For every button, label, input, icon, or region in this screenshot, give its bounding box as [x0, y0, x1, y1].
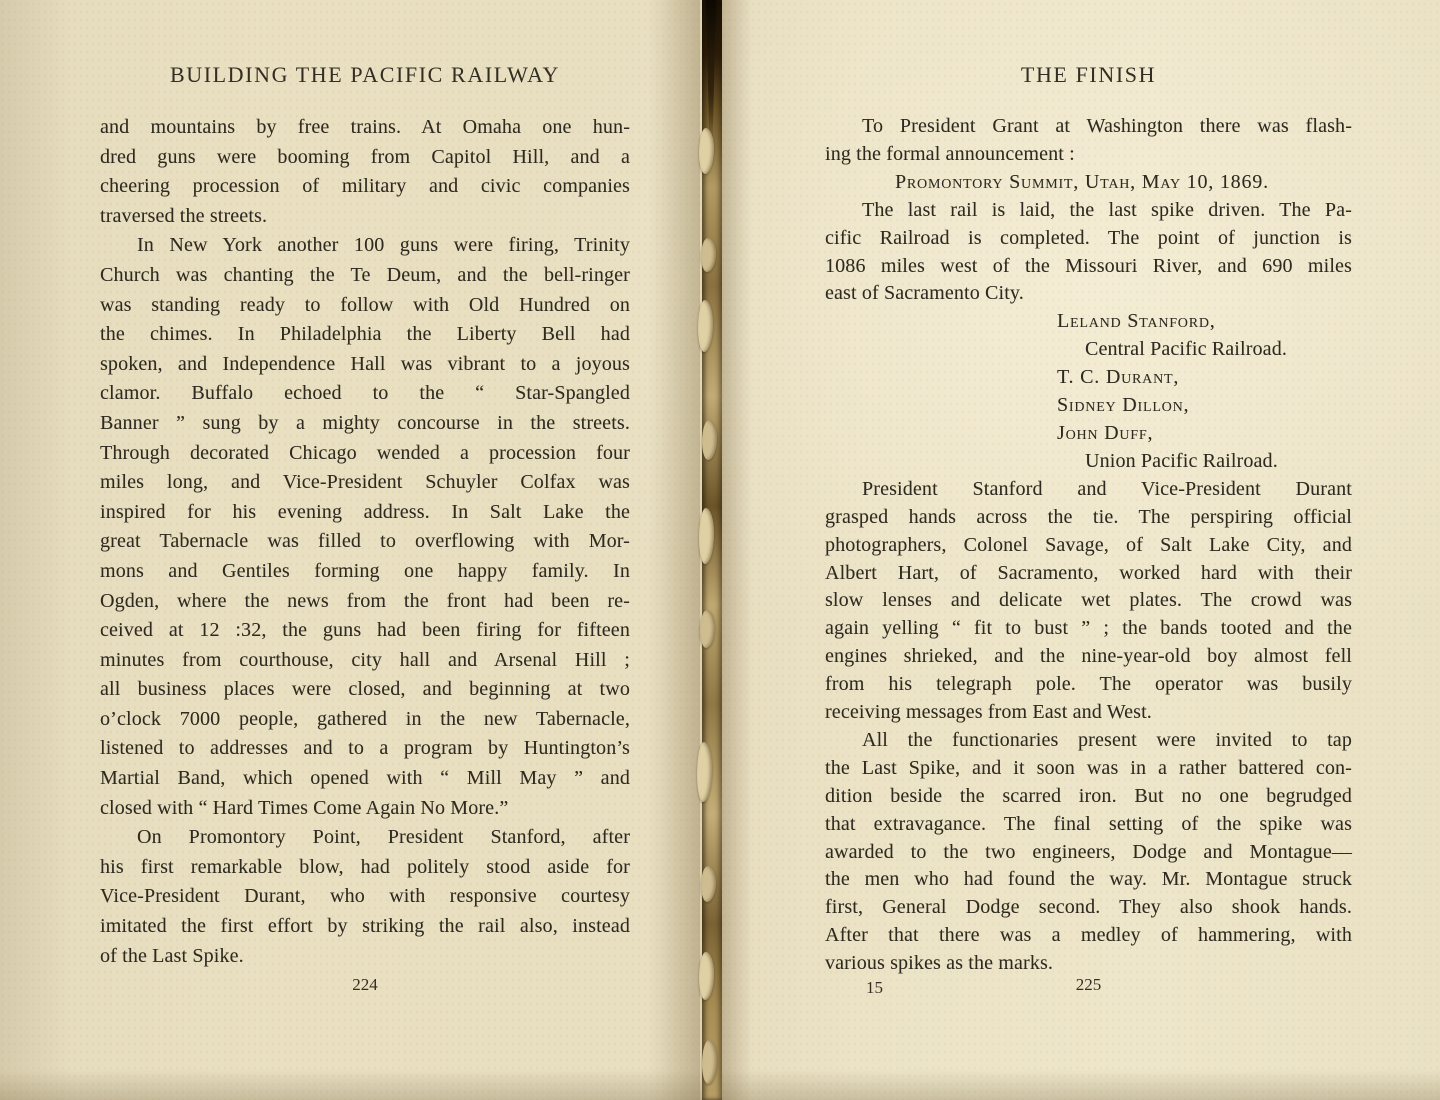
text-line: President Stanford and Vice-President Du…	[825, 476, 1352, 504]
page-number-left: 224	[100, 975, 630, 995]
gutter-shadow-right	[722, 0, 752, 1100]
text-line: minutes from courthouse, city hall and A…	[100, 646, 630, 676]
text-line: mons and Gentiles forming one happy fami…	[100, 557, 630, 587]
text-line: On Promontory Point, President Stanford,…	[100, 823, 630, 853]
text-line: east of Sacramento City.	[825, 280, 1352, 308]
text-line: awarded to the two engineers, Dodge and …	[825, 839, 1352, 867]
text-line: 1086 miles west of the Missouri River, a…	[825, 253, 1352, 281]
text-line: cific Railroad is completed. The point o…	[825, 225, 1352, 253]
left-page-body: and mountains by free trains. At Omaha o…	[100, 113, 630, 971]
text-line: ing the formal announcement :	[825, 141, 1352, 169]
text-line: the men who had found the way. Mr. Monta…	[825, 866, 1352, 894]
text-line: closed with “ Hard Times Come Again No M…	[100, 794, 630, 824]
text-line: the chimes. In Philadelphia the Liberty …	[100, 320, 630, 350]
signature-line: T. C. Durant,	[825, 364, 1352, 392]
text-line: Ogden, where the news from the front had…	[100, 587, 630, 617]
text-line: The last rail is laid, the last spike dr…	[825, 197, 1352, 225]
text-line: and mountains by free trains. At Omaha o…	[100, 113, 630, 143]
signature-line: Union Pacific Railroad.	[825, 448, 1352, 476]
text-line: that extravagance. The final setting of …	[825, 811, 1352, 839]
text-line: All the functionaries present were invit…	[825, 727, 1352, 755]
text-line: the Last Spike, and it soon was in a rat…	[825, 755, 1352, 783]
book-scan: BUILDING THE PACIFIC RAILWAY and mountai…	[0, 0, 1440, 1100]
text-line: again yelling “ fit to bust ” ; the band…	[825, 615, 1352, 643]
text-line: clamor. Buffalo echoed to the “ Star-Spa…	[100, 379, 630, 409]
text-line: miles long, and Vice-President Schuyler …	[100, 468, 630, 498]
text-line: engines shrieked, and the nine-year-old …	[825, 643, 1352, 671]
text-line: traversed the streets.	[100, 202, 630, 232]
text-line: great Tabernacle was filled to overflowi…	[100, 527, 630, 557]
text-line: grasped hands across the tie. The perspi…	[825, 504, 1352, 532]
text-line: slow lenses and delicate wet plates. The…	[825, 587, 1352, 615]
text-line: spoken, and Independence Hall was vibran…	[100, 350, 630, 380]
text-line: dred guns were booming from Capitol Hill…	[100, 143, 630, 173]
text-line: cheering procession of military and civi…	[100, 172, 630, 202]
gutter-shadow-left	[648, 0, 700, 1100]
text-line: In New York another 100 guns were firing…	[100, 231, 630, 261]
telegram-dateline: Promontory Summit, Utah, May 10, 1869.	[825, 169, 1352, 197]
text-line: Vice-President Durant, who with responsi…	[100, 882, 630, 912]
text-line: from his telegraph pole. The operator wa…	[825, 671, 1352, 699]
text-line: To President Grant at Washington there w…	[825, 113, 1352, 141]
text-line: Through decorated Chicago wended a proce…	[100, 439, 630, 469]
running-header-left: BUILDING THE PACIFIC RAILWAY	[100, 62, 630, 88]
text-line: o’clock 7000 people, gathered in the new…	[100, 705, 630, 735]
text-line: Banner ” sung by a mighty concourse in t…	[100, 409, 630, 439]
text-line: Albert Hart, of Sacramento, worked hard …	[825, 560, 1352, 588]
text-line: listened to addresses and to a program b…	[100, 734, 630, 764]
signature-line: Central Pacific Railroad.	[825, 336, 1352, 364]
text-line: first, General Dodge second. They also s…	[825, 894, 1352, 922]
signature-line: Sidney Dillon,	[825, 392, 1352, 420]
text-line: dition beside the scarred iron. But no o…	[825, 783, 1352, 811]
text-line: various spikes as the marks.	[825, 950, 1352, 978]
text-line: ceived at 12 :32, the guns had been firi…	[100, 616, 630, 646]
text-line: Martial Band, which opened with “ Mill M…	[100, 764, 630, 794]
text-line: photographers, Colonel Savage, of Salt L…	[825, 532, 1352, 560]
text-line: Church was chanting the Te Deum, and the…	[100, 261, 630, 291]
signature-line: John Duff,	[825, 420, 1352, 448]
text-line: imitated the first effort by striking th…	[100, 912, 630, 942]
text-line: his first remarkable blow, had politely …	[100, 853, 630, 883]
running-header-right: THE FINISH	[825, 62, 1352, 88]
text-line: all business places were closed, and beg…	[100, 675, 630, 705]
text-line: of the Last Spike.	[100, 942, 630, 972]
text-line: inspired for his evening address. In Sal…	[100, 498, 630, 528]
text-line: was standing ready to follow with Old Hu…	[100, 291, 630, 321]
text-line: After that there was a medley of hammeri…	[825, 922, 1352, 950]
signature-line: Leland Stanford,	[825, 308, 1352, 336]
page-number-right: 225	[825, 975, 1352, 995]
text-line: receiving messages from East and West.	[825, 699, 1352, 727]
right-page-body: To President Grant at Washington there w…	[825, 113, 1352, 978]
